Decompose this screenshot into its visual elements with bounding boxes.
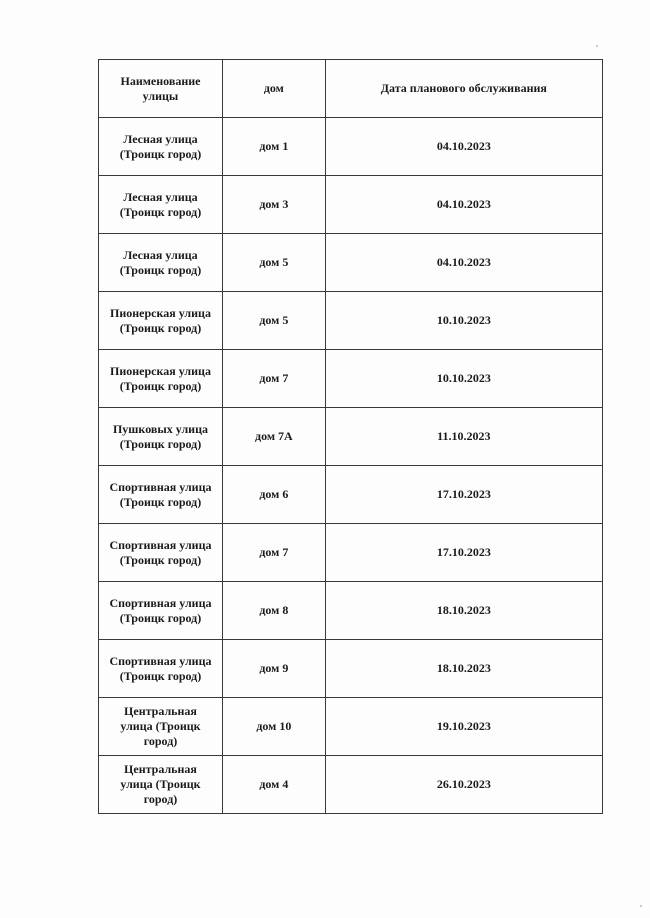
scan-speck	[596, 45, 598, 47]
table-row: Лесная улица (Троицк город)дом 304.10.20…	[99, 176, 603, 234]
date-cell: 17.10.2023	[325, 466, 602, 524]
street-cell: Лесная улица (Троицк город)	[99, 176, 223, 234]
street-cell: Пионерская улица (Троицк город)	[99, 350, 223, 408]
table-row: Пушковых улица (Троицк город)дом 7А11.10…	[99, 408, 603, 466]
table-row: Пионерская улица (Троицк город)дом 510.1…	[99, 292, 603, 350]
house-cell: дом 8	[222, 582, 325, 640]
scan-speck	[640, 905, 642, 907]
street-cell: Центральная улица (Троицк город)	[99, 756, 223, 814]
table-row: Пионерская улица (Троицк город)дом 710.1…	[99, 350, 603, 408]
header-house: дом	[222, 60, 325, 118]
house-cell: дом 7	[222, 350, 325, 408]
table-row: Спортивная улица (Троицк город)дом 717.1…	[99, 524, 603, 582]
date-cell: 10.10.2023	[325, 292, 602, 350]
house-cell: дом 5	[222, 234, 325, 292]
date-cell: 17.10.2023	[325, 524, 602, 582]
header-street: Наименование улицы	[99, 60, 223, 118]
house-cell: дом 1	[222, 118, 325, 176]
street-cell: Лесная улица (Троицк город)	[99, 118, 223, 176]
maintenance-schedule-table: Наименование улицы дом Дата планового об…	[98, 59, 603, 814]
date-cell: 10.10.2023	[325, 350, 602, 408]
table-row: Спортивная улица (Троицк город)дом 617.1…	[99, 466, 603, 524]
street-cell: Пушковых улица (Троицк город)	[99, 408, 223, 466]
house-cell: дом 4	[222, 756, 325, 814]
document-page: Наименование улицы дом Дата планового об…	[0, 0, 650, 918]
date-cell: 04.10.2023	[325, 176, 602, 234]
house-cell: дом 6	[222, 466, 325, 524]
street-cell: Спортивная улица (Троицк город)	[99, 582, 223, 640]
house-cell: дом 7А	[222, 408, 325, 466]
table-row: Центральная улица (Троицк город)дом 1019…	[99, 698, 603, 756]
date-cell: 11.10.2023	[325, 408, 602, 466]
house-cell: дом 10	[222, 698, 325, 756]
street-cell: Пионерская улица (Троицк город)	[99, 292, 223, 350]
header-date: Дата планового обслуживания	[325, 60, 602, 118]
date-cell: 04.10.2023	[325, 118, 602, 176]
date-cell: 18.10.2023	[325, 640, 602, 698]
table-row: Лесная улица (Троицк город)дом 504.10.20…	[99, 234, 603, 292]
date-cell: 04.10.2023	[325, 234, 602, 292]
street-cell: Спортивная улица (Троицк город)	[99, 640, 223, 698]
date-cell: 19.10.2023	[325, 698, 602, 756]
table-row: Центральная улица (Троицк город)дом 426.…	[99, 756, 603, 814]
house-cell: дом 9	[222, 640, 325, 698]
street-cell: Спортивная улица (Троицк город)	[99, 524, 223, 582]
street-cell: Спортивная улица (Троицк город)	[99, 466, 223, 524]
house-cell: дом 7	[222, 524, 325, 582]
date-cell: 26.10.2023	[325, 756, 602, 814]
street-cell: Центральная улица (Троицк город)	[99, 698, 223, 756]
table-row: Лесная улица (Троицк город)дом 104.10.20…	[99, 118, 603, 176]
house-cell: дом 5	[222, 292, 325, 350]
street-cell: Лесная улица (Троицк город)	[99, 234, 223, 292]
table-row: Спортивная улица (Троицк город)дом 918.1…	[99, 640, 603, 698]
table-header-row: Наименование улицы дом Дата планового об…	[99, 60, 603, 118]
table-row: Спортивная улица (Троицк город)дом 818.1…	[99, 582, 603, 640]
date-cell: 18.10.2023	[325, 582, 602, 640]
house-cell: дом 3	[222, 176, 325, 234]
